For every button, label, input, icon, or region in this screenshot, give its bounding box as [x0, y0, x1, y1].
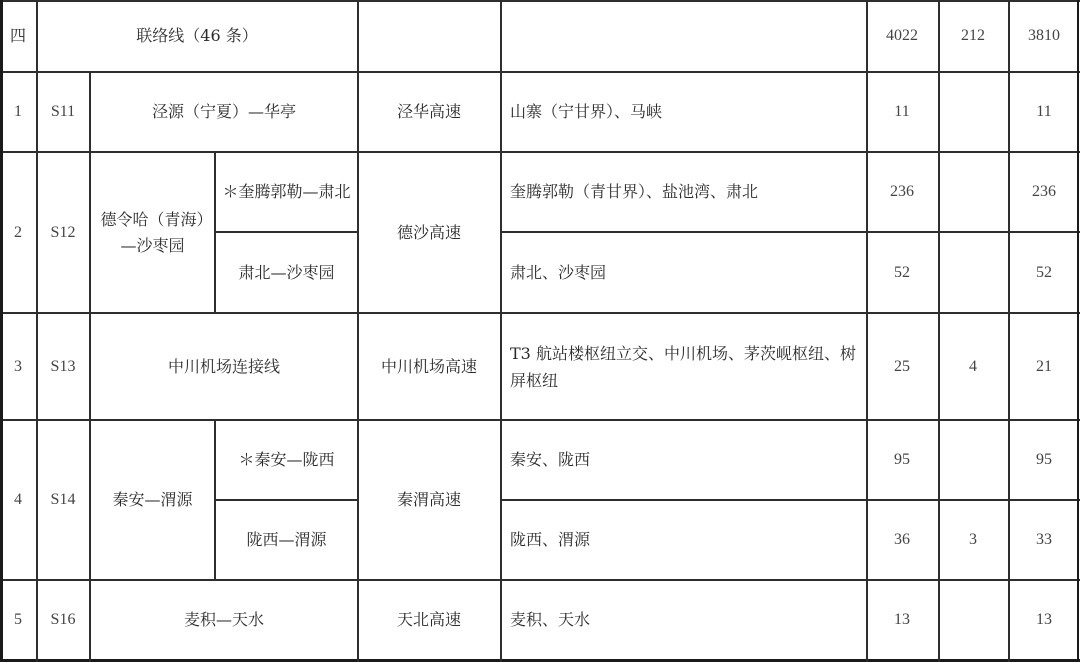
grid-line: [0, 312, 1080, 314]
sub-segment: 陇西—渭源: [215, 500, 358, 580]
mileage-total: 52: [866, 232, 938, 313]
mileage-planned: 95: [1008, 420, 1080, 500]
mileage-planned: 13: [1008, 580, 1080, 660]
expressway-name: 德沙高速: [358, 152, 500, 313]
grid-line: [1008, 0, 1010, 662]
grid-line: [89, 72, 91, 662]
control-nodes: 秦安、陇西: [500, 420, 866, 500]
control-nodes: 肃北、沙枣园: [500, 232, 866, 313]
row-number: 1: [0, 72, 36, 152]
mileage-built: 3: [938, 500, 1008, 580]
grid-line: [0, 419, 1080, 421]
route-code: S16: [36, 580, 90, 660]
control-nodes: 奎腾郭勒（青甘界）、盐池湾、肃北: [500, 152, 866, 232]
mileage-planned: 11: [1008, 72, 1080, 152]
section-total: 4022: [866, 0, 938, 72]
mileage-built: [938, 152, 1008, 232]
route-code: S11: [36, 72, 90, 152]
mileage-total: 36: [866, 500, 938, 580]
grid-line: [0, 151, 1080, 153]
mileage-built: 4: [938, 313, 1008, 420]
expressway-name: 泾华高速: [358, 72, 500, 152]
grid-line: [214, 152, 216, 313]
route-name: 德令哈（青海）—沙枣园: [90, 152, 215, 313]
sub-segment: ＊秦安—陇西: [215, 420, 358, 500]
mileage-total: 13: [866, 580, 938, 660]
grid-line: [866, 0, 868, 662]
expressway-plan-table: 四 联络线（46 条） 4022 212 3810 1 S11 泾源（宁夏）—华…: [0, 0, 1080, 662]
control-nodes: 山寨（宁甘界）、马峡: [500, 72, 866, 152]
route-code: S13: [36, 313, 90, 420]
route-name: 秦安—渭源: [90, 420, 215, 580]
mileage-total: 236: [866, 152, 938, 232]
mileage-total: 95: [866, 420, 938, 500]
grid-line: [500, 231, 1080, 233]
sub-segment: ＊奎腾郭勒—肃北: [215, 152, 358, 232]
expressway-name: 中川机场高速: [358, 313, 500, 420]
mileage-built: [938, 232, 1008, 313]
mileage-planned: 236: [1008, 152, 1080, 232]
grid-line: [500, 499, 1080, 501]
grid-line: [215, 231, 358, 233]
row-number: 4: [0, 420, 36, 580]
grid-line: [0, 71, 1080, 73]
sub-segment: 肃北—沙枣园: [215, 232, 358, 313]
mileage-total: 11: [866, 72, 938, 152]
mileage-total: 25: [866, 313, 938, 420]
mileage-planned: 21: [1008, 313, 1080, 420]
control-nodes: 麦积、天水: [500, 580, 866, 660]
grid-line: [938, 0, 940, 662]
mileage-built: [938, 580, 1008, 660]
grid-line: [0, 579, 1080, 581]
mileage-planned: 52: [1008, 232, 1080, 313]
section-planned: 3810: [1008, 0, 1080, 72]
grid-line: [500, 0, 502, 662]
row-number: 2: [0, 152, 36, 313]
route-name: 泾源（宁夏）—华亭: [90, 72, 358, 152]
grid-line: [0, 0, 1080, 2]
grid-line: [36, 0, 38, 662]
expressway-name: 秦渭高速: [358, 420, 500, 580]
expressway-name: 天北高速: [358, 580, 500, 660]
section-built: 212: [938, 0, 1008, 72]
row-number: 3: [0, 313, 36, 420]
route-code: S14: [36, 420, 90, 580]
grid-line: [0, 659, 1080, 662]
mileage-built: [938, 420, 1008, 500]
mileage-built: [938, 72, 1008, 152]
mileage-planned: 33: [1008, 500, 1080, 580]
grid-line: [357, 0, 359, 662]
row-number: 5: [0, 580, 36, 660]
grid-line: [0, 0, 3, 662]
route-name: 麦积—天水: [90, 580, 358, 660]
route-code: S12: [36, 152, 90, 313]
section-index: 四: [0, 0, 36, 72]
route-name: 中川机场连接线: [90, 313, 358, 420]
grid-line: [214, 420, 216, 580]
section-title: 联络线（46 条）: [36, 0, 358, 72]
grid-line: [1077, 0, 1079, 662]
control-nodes: 陇西、渭源: [500, 500, 866, 580]
grid-line: [215, 499, 358, 501]
control-nodes: T3 航站楼枢纽立交、中川机场、茅茨岘枢纽、树屏枢纽: [500, 313, 866, 420]
